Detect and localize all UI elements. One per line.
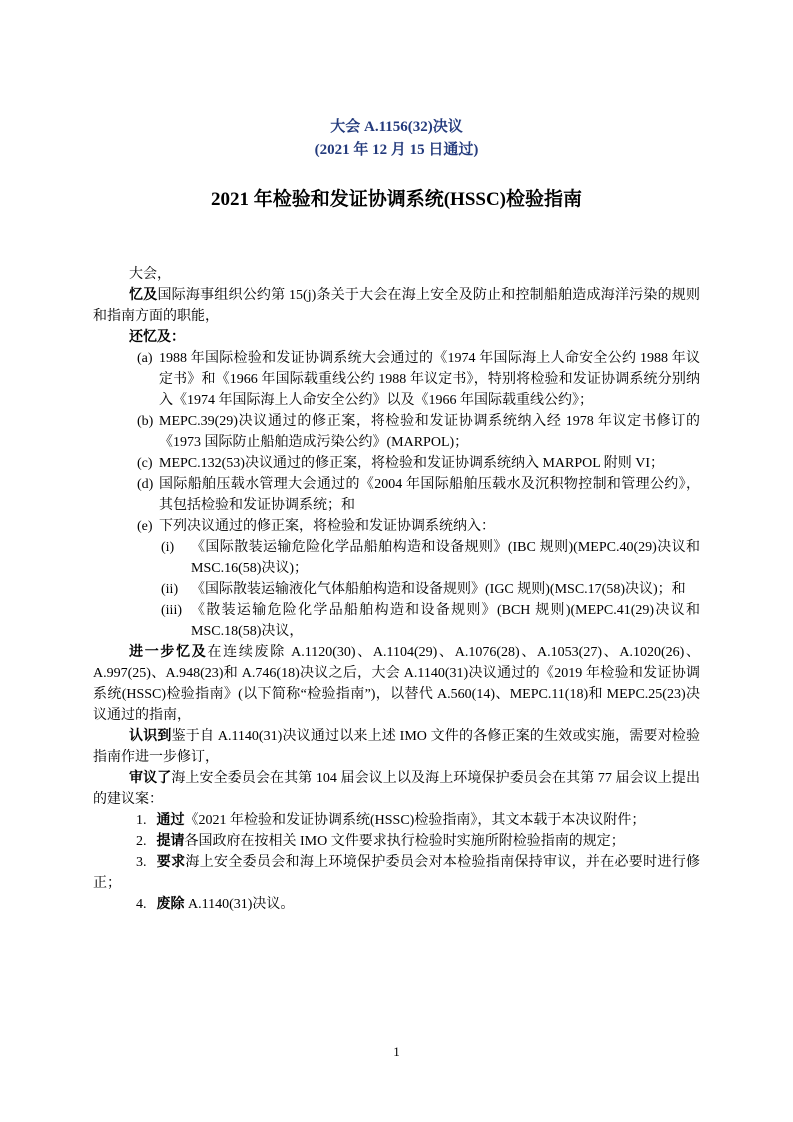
list-item: 3.要求海上安全委员会和海上环境保护委员会对本检验指南保持审议，并在必要时进行修… <box>93 852 700 894</box>
text-run: 国际海事组织公约第 15(j)条关于大会在海上安全及防止和控制船舶造成海洋污染的… <box>93 288 700 324</box>
text-run: 《2021 年检验和发证协调系统(HSSC)检验指南》，其文本载于本决议附件； <box>185 813 646 828</box>
text-run: 各国政府在按相关 IMO 文件要求执行检验时实施所附检验指南的规定； <box>185 834 625 849</box>
list-item: (i)《国际散装运输危险化学品船舶构造和设备规则》(IBC 规则)(MEPC.4… <box>93 537 700 579</box>
list-marker: 4. <box>136 897 147 912</box>
document-page: 大会 A.1156(32)决议 (2021 年 12 月 15 日通过) 202… <box>0 0 793 1122</box>
bold-run: 废除 <box>157 897 185 912</box>
list-item: (e)下列决议通过的修正案，将检验和发证协调系统纳入： <box>93 516 700 537</box>
list-marker: (a) <box>137 348 153 369</box>
text-run: 下列决议通过的修正案，将检验和发证协调系统纳入： <box>159 519 495 534</box>
page-number: 1 <box>0 1044 793 1060</box>
list-marker: 2. <box>136 834 147 849</box>
bold-run: 要求 <box>157 855 186 870</box>
list-marker: (d) <box>137 474 153 495</box>
bold-run: 通过 <box>157 813 185 828</box>
text-run: 《散装运输危险化学品船舶构造和设备规则》(BCH 规则)(MEPC.41(29)… <box>191 603 700 639</box>
document-body: 大会，忆及国际海事组织公约第 15(j)条关于大会在海上安全及防止和控制船舶造成… <box>93 264 700 915</box>
text-run: A.1140(31)决议。 <box>185 897 295 912</box>
list-item: (iii)《散装运输危险化学品船舶构造和设备规则》(BCH 规则)(MEPC.4… <box>93 600 700 642</box>
bold-run: 审议了 <box>129 771 171 786</box>
text-run: 《国际散装运输液化气体船舶构造和设备规则》(IGC 规则)(MSC.17(58)… <box>191 582 686 597</box>
list-marker: (e) <box>137 516 153 537</box>
list-marker: (b) <box>137 411 153 432</box>
paragraph: 还忆及： <box>93 327 700 348</box>
bold-run: 还忆及： <box>129 330 185 345</box>
list-marker: (iii) <box>161 600 182 621</box>
text-run: 《国际散装运输危险化学品船舶构造和设备规则》(IBC 规则)(MEPC.40(2… <box>191 540 700 576</box>
list-item: 2.提请各国政府在按相关 IMO 文件要求执行检验时实施所附检验指南的规定； <box>93 831 700 852</box>
text-run: MEPC.132(53)决议通过的修正案，将检验和发证协调系统纳入 MARPOL… <box>159 456 664 471</box>
paragraph: 进一步忆及在连续废除 A.1120(30)、A.1104(29)、A.1076(… <box>93 642 700 726</box>
list-item: (a)1988 年国际检验和发证协调系统大会通过的《1974 年国际海上人命安全… <box>93 348 700 411</box>
adoption-date: (2021 年 12 月 15 日通过) <box>0 139 793 162</box>
list-marker: 1. <box>136 813 147 828</box>
text-run: 国际船舶压载水管理大会通过的《2004 年国际船舶压载水及沉积物控制和管理公约》… <box>159 477 700 513</box>
list-item: (b)MEPC.39(29)决议通过的修正案，将检验和发证协调系统纳入经 197… <box>93 411 700 453</box>
resolution-number: 大会 A.1156(32)决议 <box>0 116 793 139</box>
list-marker: (c) <box>137 453 153 474</box>
list-item: (ii)《国际散装运输液化气体船舶构造和设备规则》(IGC 规则)(MSC.17… <box>93 579 700 600</box>
list-marker: (i) <box>161 537 174 558</box>
list-item: 4.废除 A.1140(31)决议。 <box>93 894 700 915</box>
list-item: (c)MEPC.132(53)决议通过的修正案，将检验和发证协调系统纳入 MAR… <box>93 453 700 474</box>
text-run: 鉴于自 A.1140(31)决议通过以来上述 IMO 文件的各修正案的生效或实施… <box>93 729 700 765</box>
list-item: 1.通过《2021 年检验和发证协调系统(HSSC)检验指南》，其文本载于本决议… <box>93 810 700 831</box>
paragraph: 大会， <box>93 264 700 285</box>
list-item: (d)国际船舶压载水管理大会通过的《2004 年国际船舶压载水及沉积物控制和管理… <box>93 474 700 516</box>
list-marker: 3. <box>136 855 147 870</box>
text-run: MEPC.39(29)决议通过的修正案，将检验和发证协调系统纳入经 1978 年… <box>159 414 700 450</box>
text-run: 海上安全委员会在其第 104 届会议上以及海上环境保护委员会在其第 77 届会议… <box>93 771 700 807</box>
list-marker: (ii) <box>161 579 178 600</box>
bold-run: 忆及 <box>129 288 157 303</box>
bold-run: 认识到 <box>129 729 172 744</box>
text-run: 大会， <box>129 267 171 282</box>
text-run: 1988 年国际检验和发证协调系统大会通过的《1974 年国际海上人命安全公约 … <box>159 351 700 408</box>
bold-run: 进一步忆及 <box>129 645 207 660</box>
bold-run: 提请 <box>157 834 185 849</box>
paragraph: 忆及国际海事组织公约第 15(j)条关于大会在海上安全及防止和控制船舶造成海洋污… <box>93 285 700 327</box>
resolution-header: 大会 A.1156(32)决议 (2021 年 12 月 15 日通过) <box>0 0 793 162</box>
paragraph: 审议了海上安全委员会在其第 104 届会议上以及海上环境保护委员会在其第 77 … <box>93 768 700 810</box>
document-title: 2021 年检验和发证协调系统(HSSC)检验指南 <box>0 188 793 211</box>
paragraph: 认识到鉴于自 A.1140(31)决议通过以来上述 IMO 文件的各修正案的生效… <box>93 726 700 768</box>
text-run: 海上安全委员会和海上环境保护委员会对本检验指南保持审议，并在必要时进行修正； <box>93 855 700 891</box>
